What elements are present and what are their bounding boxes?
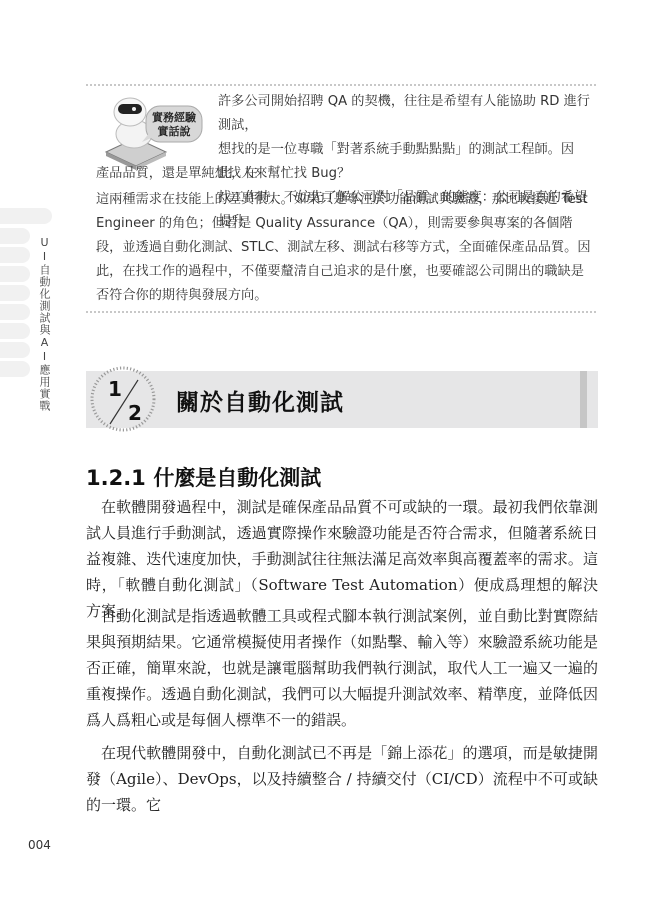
tip-paragraph-1-tail: 產品品質，還是單純想找人來幫忙找 Bug？ [96,162,596,186]
section-number-bottom: 2 [128,401,142,425]
chapter-tab [0,266,30,282]
tip-box-bottom-rule [86,311,596,313]
tip-box-top-rule [86,84,596,86]
section-number-top: 1 [108,377,122,401]
chapter-tab [0,361,30,377]
chapter-tab [0,342,30,358]
subsection-number: 1.2.1 [86,466,146,490]
badge-line2: 實話說 [158,124,191,138]
chapter-tab [0,228,30,244]
badge-line1: 實務經驗 [152,110,197,124]
tip-paragraph-2: 這兩種需求在技能上的差異很大。如果只是專注於功能測試與驗證，那比較接近 Test… [96,188,596,308]
book-title-vertical: UI自動化測試與AI應用實戰 [36,236,52,412]
page-number: 004 [28,838,51,852]
section-banner-edge [580,371,587,428]
body-paragraph-2: 自動化測試是指透過軟體工具或程式腳本執行測試案例，並自動比對實際結果與預期結果。… [86,603,598,733]
subsection-heading: 1.2.1 什麼是自動化測試 [86,462,321,492]
subsection-title: 什麼是自動化測試 [153,466,321,490]
chapter-tab [0,247,30,263]
tip-line: 許多公司開始招聘 QA 的契機，往往是希望有人能協助 RD 進行測試， [218,90,598,138]
chapter-tab [0,323,30,339]
section-number-badge: 1 2 [88,354,158,444]
chapter-tab [0,208,52,224]
section-title: 關於自動化測試 [176,384,344,417]
body-paragraph-3: 在現代軟體開發中，自動化測試已不再是「錦上添花」的選項，而是敏捷開發（Agile… [86,740,598,818]
chapter-tab [0,285,30,301]
chapter-tab [0,304,30,320]
